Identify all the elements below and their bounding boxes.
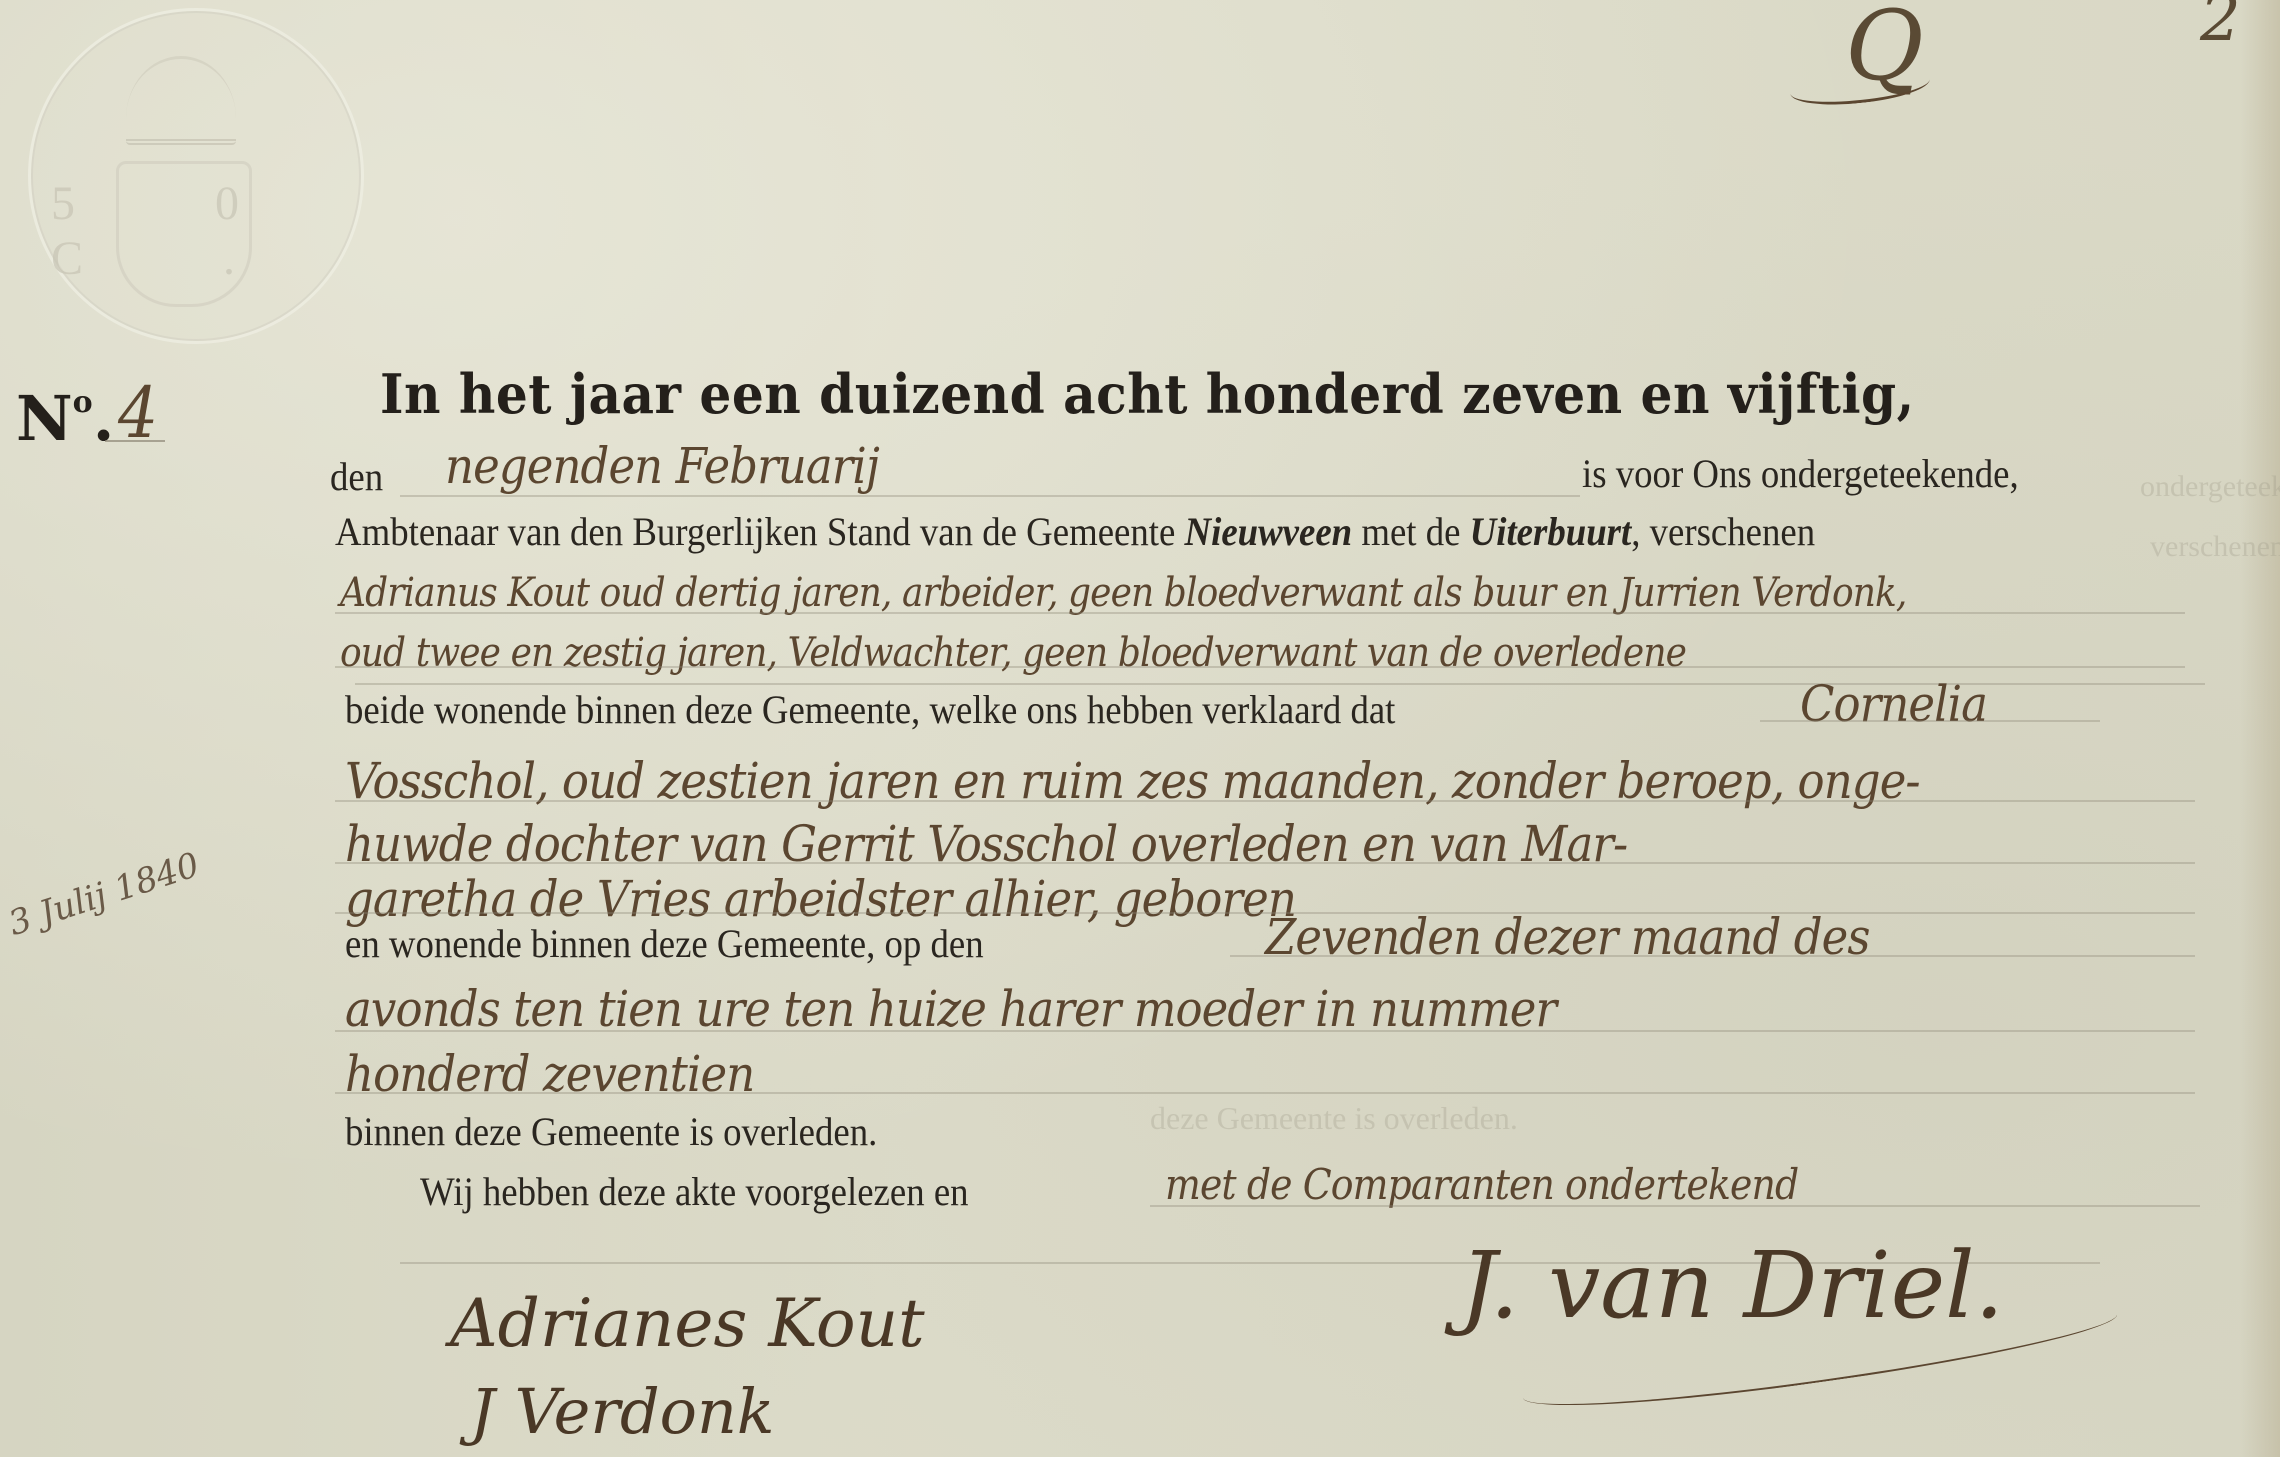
record-heading: In het jaar een duizend acht honderd zev… (380, 362, 1915, 426)
rule (400, 495, 1580, 497)
witness-2-handwritten: oud twee en zestig jaren, Veldwachter, g… (340, 630, 1686, 676)
rule (335, 612, 2185, 614)
bleed-through-text: ondergeteekende, (2140, 470, 2280, 504)
stamp-value: 50 C. (51, 176, 341, 286)
page-edge-shadow (2240, 0, 2280, 1457)
bleed-through-text: verschenen (2150, 530, 2280, 564)
district-name: Uiterbuurt (1470, 509, 1632, 554)
printed-is-overleden: binnen deze Gemeente is overleden. (345, 1108, 877, 1155)
witness-1-handwritten: Adrianus Kout oud dertig jaren, arbeider… (340, 570, 1906, 616)
printed-ondergeteekende: is voor Ons ondergeteekende, (1582, 450, 2019, 497)
date-handwritten: negenden Februarij (445, 437, 879, 495)
rule (335, 1092, 2195, 1094)
rule (105, 440, 165, 442)
rule (335, 666, 2185, 668)
embossed-stamp-seal: 50 C. (28, 8, 364, 344)
record-number-label: No. (16, 382, 114, 455)
margin-note: 3 Julij 1840 (4, 845, 204, 944)
signing-clause-handwritten: met de Comparanten ondertekend (1165, 1160, 1798, 1209)
deceased-details-line-2: huwde dochter van Gerrit Vosschol overle… (345, 815, 1627, 873)
page-number: 2 (2200, 0, 2241, 56)
witness-2-signature: J Verdonk (470, 1375, 775, 1448)
death-time-place-line-2: honderd zeventien (345, 1045, 754, 1103)
municipality-name: Nieuwveen (1185, 509, 1353, 554)
rule (335, 862, 2195, 864)
record-number-n: N (16, 382, 73, 455)
annotation-underline (1789, 63, 1932, 110)
printed-beide-wonende: beide wonende binnen deze Gemeente, welk… (345, 686, 1395, 733)
rule (335, 1030, 2195, 1032)
record-number-dot: . (93, 382, 115, 455)
rule (1230, 955, 2195, 957)
witness-1-signature: Adrianes Kout (450, 1285, 925, 1362)
official-clause: Ambtenaar van den Burgerlijken Stand van… (335, 508, 1815, 555)
rule (335, 800, 2195, 802)
bleed-through-text: deze Gemeente is overleden. (1150, 1100, 1518, 1137)
rule (1760, 720, 2100, 722)
deceased-first-name: Cornelia (1800, 675, 1987, 733)
rule (1150, 1205, 2200, 1207)
printed-met-de: met de (1352, 509, 1470, 554)
printed-den: den (330, 453, 383, 500)
record-number-sup: o (73, 385, 93, 420)
printed-en-wonende: en wonende binnen deze Gemeente, op den (345, 920, 984, 967)
printed-verschenen: , verschenen (1631, 509, 1815, 554)
crown-emblem (126, 56, 236, 145)
printed-voorgelezen: Wij hebben deze akte voorgelezen en (420, 1168, 969, 1215)
printed-ambtenaar: Ambtenaar van den Burgerlijken Stand van… (335, 509, 1185, 554)
death-date-handwritten: Zevenden dezer maand des (1265, 908, 1870, 966)
